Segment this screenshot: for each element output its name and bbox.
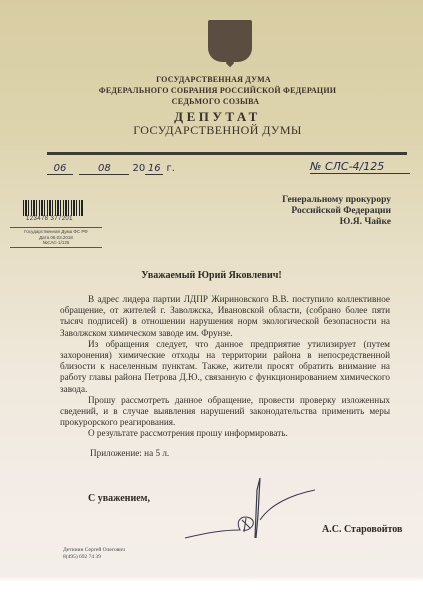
addressee-line: Российской Федерации xyxy=(282,206,391,217)
signer-name: А.С. Старовойтов xyxy=(322,524,402,535)
addressee-block: Генеральному прокурору Российской Федера… xyxy=(282,195,391,228)
letterhead-line-1: ГОСУДАРСТВЕННАЯ ДУМА xyxy=(2,75,423,84)
registration-value: СЛС-4/125 xyxy=(325,160,384,173)
letter-date: 06 08 2016 г. xyxy=(47,163,175,175)
paragraph: Из обращения следует, что данное предпри… xyxy=(60,339,390,395)
addressee-line: Ю.Я. Чайке xyxy=(282,217,391,228)
date-suffix: г. xyxy=(166,163,174,174)
letter-body: В адрес лидера партии ЛДПР Жириновского … xyxy=(60,294,390,440)
paragraph: О результате рассмотрения прошу информир… xyxy=(60,428,390,439)
header-divider xyxy=(47,152,407,155)
letterhead-line-3: СЕДЬМОГО СОЗЫВА xyxy=(4,97,423,106)
registration-label: № xyxy=(310,160,321,173)
date-day: 06 xyxy=(47,163,73,175)
executor-info: Детинин Сергей Олегович 8(495) 692 74 39 xyxy=(63,547,125,561)
paragraph: Прошу рассмотреть данное обращение, пров… xyxy=(60,395,390,429)
executor-phone: 8(495) 692 74 39 xyxy=(63,554,125,561)
date-year-prefix: 20 xyxy=(133,163,146,174)
date-month: 08 xyxy=(79,163,129,175)
signature-icon xyxy=(180,470,330,540)
date-year-suffix: 16 xyxy=(145,163,163,175)
coat-of-arms-emblem xyxy=(208,20,252,62)
salutation: Уважаемый Юрий Яковлевич! xyxy=(0,270,423,281)
barcode-number: 123478 377201 xyxy=(26,216,73,222)
registration-stamp: Государственная Дума ФС РФ Дата 06.03.20… xyxy=(10,227,102,248)
attachment-note: Приложение: на 5 л. xyxy=(90,448,169,458)
letterhead-subtitle: ГОСУДАРСТВЕННОЙ ДУМЫ xyxy=(6,123,423,138)
executor-name: Детинин Сергей Олегович xyxy=(63,547,125,554)
letterhead-line-2: ФЕДЕРАЛЬНОГО СОБРАНИЯ РОССИЙСКОЙ ФЕДЕРАЦ… xyxy=(6,86,423,95)
paragraph: В адрес лидера партии ЛДПР Жириновского … xyxy=(60,294,390,339)
registration-number: № СЛС-4/125 xyxy=(310,160,410,174)
closing-phrase: С уважением, xyxy=(88,493,150,504)
barcode xyxy=(23,200,83,216)
stamp-line: №САС-1/125 xyxy=(10,240,102,246)
addressee-line: Генеральному прокурору xyxy=(282,195,391,206)
